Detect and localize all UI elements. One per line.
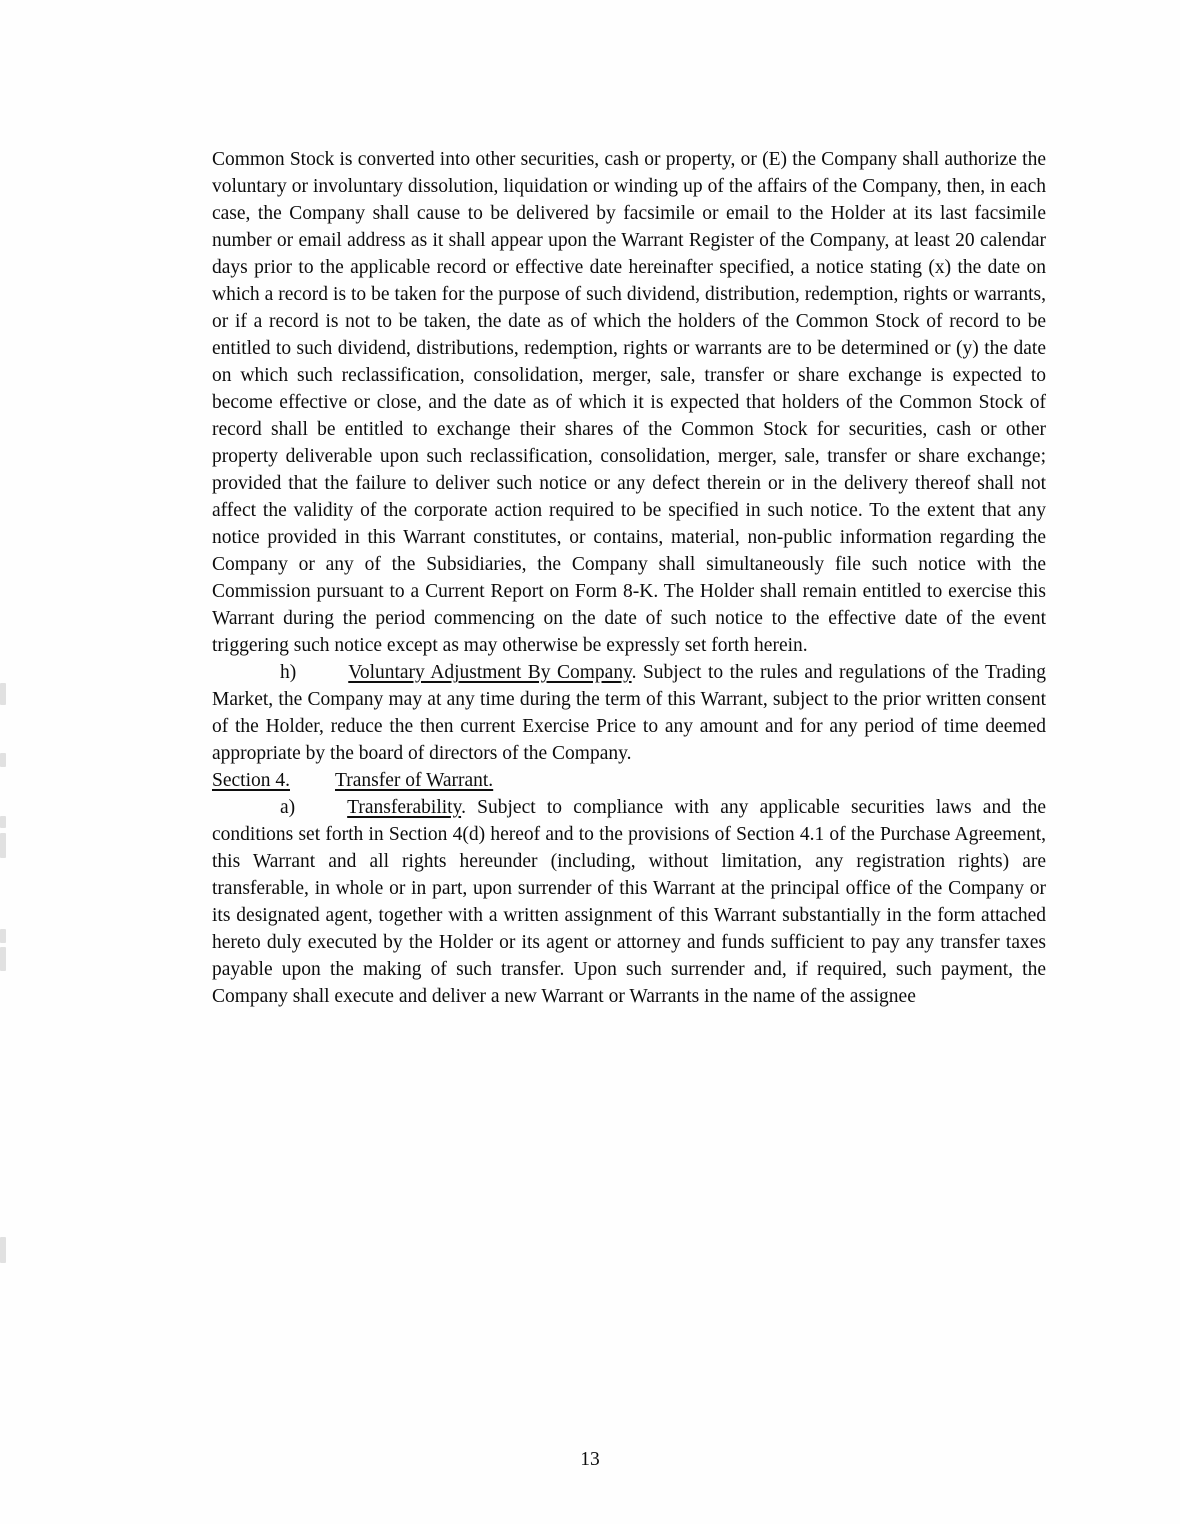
scan-artifact — [0, 683, 6, 705]
section-4-number: Section 4. — [212, 770, 290, 791]
scan-artifact — [0, 1237, 6, 1263]
scan-artifact — [0, 816, 6, 828]
scan-artifact — [0, 929, 6, 943]
scan-artifact — [0, 833, 6, 858]
section-4-title: Transfer of Warrant. — [335, 770, 493, 791]
paragraph-a-body: . Subject to compliance with any applica… — [212, 797, 1046, 1007]
paragraph-a-heading: Transferability — [347, 797, 461, 818]
paragraph-h-label: h) — [280, 662, 296, 683]
paragraph-a-label: a) — [280, 797, 295, 818]
page-number: 13 — [0, 1446, 1180, 1473]
paragraph-h: h)Voluntary Adjustment By Company. Subje… — [212, 659, 1046, 767]
document-body: Common Stock is converted into other sec… — [212, 146, 1046, 1010]
paragraph-h-heading: Voluntary Adjustment By Company — [348, 662, 631, 683]
document-page: Common Stock is converted into other sec… — [0, 0, 1180, 1524]
scan-artifact — [0, 947, 6, 971]
paragraph-a: a)Transferability. Subject to compliance… — [212, 794, 1046, 1010]
scan-artifact — [0, 753, 6, 767]
notice-continuation-paragraph: Common Stock is converted into other sec… — [212, 146, 1046, 659]
section-4-heading: Section 4.Transfer of Warrant. — [212, 767, 1046, 794]
